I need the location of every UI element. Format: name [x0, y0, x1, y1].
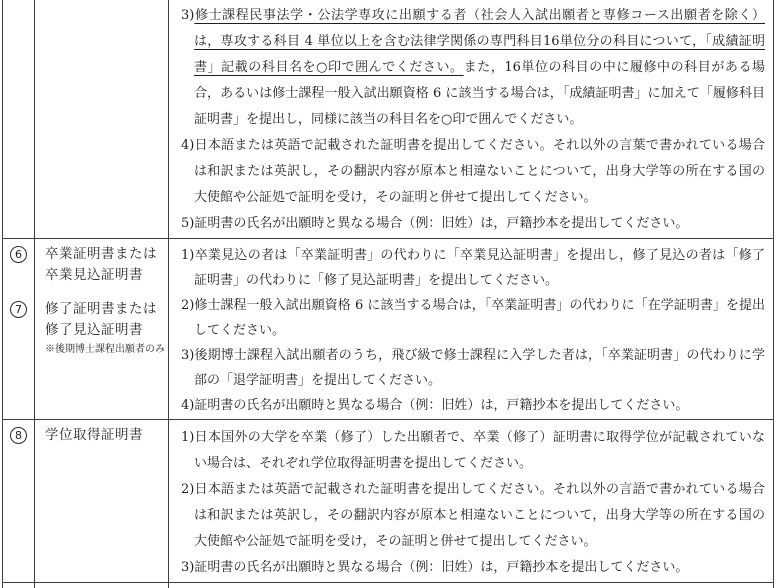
table-row: 6卒業証明書または卒業見込証明書7修了証明書または修了見込証明書※後期博士課程出… — [3, 238, 773, 419]
circled-number: 6 — [10, 246, 27, 263]
item-label: 3) — [181, 560, 194, 575]
circled-number: 7 — [10, 301, 27, 318]
text-segment: 証明書の氏名が出願時と異なる場合（例：旧姓）は，戸籍抄本を提出してください。 — [194, 216, 688, 231]
item-label: 3) — [181, 348, 194, 363]
document-name: 学位取得証明書 — [34, 425, 168, 446]
circled-number: 8 — [10, 427, 27, 444]
item-label: 1) — [181, 248, 194, 263]
instruction-item: 3)後期博士課程入試出願者のうち，飛び級で修士課程に入学した者は，「卒業証明書」… — [181, 343, 765, 393]
table-row: 3)修士課程民事法学・公法学専攻に出願する者（社会人入試出願者と専修コース出願者… — [3, 0, 773, 238]
row-header-cells — [3, 583, 168, 588]
document-name-line: 卒業見込証明書 — [45, 265, 166, 286]
text-segment: 日本国外の大学を卒業（修了）した出願者で、卒業（修了）証明書に取得学位が記載され… — [194, 430, 765, 471]
document-name-line: 修了見込証明書 — [45, 320, 166, 341]
item-label: 3) — [181, 8, 194, 23]
document-entry: 8学位取得証明書 — [3, 425, 168, 446]
item-label: 5) — [181, 216, 194, 231]
document-entry: 7修了証明書または修了見込証明書※後期博士課程出願者のみ — [3, 299, 168, 357]
instruction-item: 2)日本語または英語で記載された証明書を提出してください。それ以外の言語で書かれ… — [181, 477, 765, 555]
instructions-cell — [168, 583, 773, 588]
text-segment: 証明書の氏名が出願時と異なる場合（例：旧姓）は，戸籍抄本を提出してください。 — [194, 398, 688, 413]
item-number-cell: 7 — [3, 299, 34, 357]
instruction-item: 1)卒業見込の者は「卒業証明書」の代わりに「卒業見込証明書」を提出し，修了見込の… — [181, 243, 765, 293]
document-note: ※後期博士課程出願者のみ — [45, 343, 166, 357]
item-label: 4) — [181, 138, 194, 153]
instructions-cell: 1)日本国外の大学を卒業（修了）した出願者で、卒業（修了）証明書に取得学位が記載… — [168, 420, 773, 582]
instruction-item: 4)日本語または英語で記載された証明書を提出してください。それ以外の言葉で書かれ… — [181, 133, 765, 211]
document-entry: 6卒業証明書または卒業見込証明書 — [3, 244, 168, 286]
item-number-cell: 6 — [3, 244, 34, 286]
instruction-item: 3)証明書の氏名が出願時と異なる場合（例：旧姓）は，戸籍抄本を提出してください。 — [181, 555, 765, 581]
instruction-item: 4)証明書の氏名が出願時と異なる場合（例：旧姓）は，戸籍抄本を提出してください。 — [181, 393, 765, 418]
text-segment: 修士課程一般入試出願資格 6 に該当する場合は，「卒業証明書」の代わりに「在学証… — [194, 298, 765, 338]
document-name: 卒業証明書または卒業見込証明書 — [34, 244, 168, 286]
row-header-cells: 8学位取得証明書 — [3, 420, 168, 582]
document-name-line: 卒業証明書または — [45, 244, 166, 265]
text-segment: 日本語または英語で記載された証明書を提出してください。それ以外の言語で書かれてい… — [194, 482, 765, 549]
document-table: 3)修士課程民事法学・公法学専攻に出願する者（社会人入試出願者と専修コース出願者… — [2, 0, 774, 588]
document-name-line: 学位取得証明書 — [45, 425, 166, 446]
table-row — [3, 582, 773, 588]
instruction-item: 1)日本国外の大学を卒業（修了）した出願者で、卒業（修了）証明書に取得学位が記載… — [181, 425, 765, 477]
instruction-item: 3)修士課程民事法学・公法学専攻に出願する者（社会人入試出願者と専修コース出願者… — [181, 3, 765, 133]
instructions-cell: 1)卒業見込の者は「卒業証明書」の代わりに「卒業見込証明書」を提出し，修了見込の… — [168, 239, 773, 419]
instructions-cell: 3)修士課程民事法学・公法学専攻に出願する者（社会人入試出願者と専修コース出願者… — [168, 0, 773, 238]
text-segment: 後期博士課程入試出願者のうち，飛び級で修士課程に入学した者は，「卒業証明書」の代… — [194, 348, 765, 388]
item-label: 2) — [181, 298, 194, 313]
item-label: 4) — [181, 398, 194, 413]
text-segment: 証明書の氏名が出願時と異なる場合（例：旧姓）は，戸籍抄本を提出してください。 — [194, 560, 688, 575]
item-label: 1) — [181, 430, 194, 445]
text-segment: 卒業見込の者は「卒業証明書」の代わりに「卒業見込証明書」を提出し，修了見込の者は… — [194, 248, 765, 288]
instruction-item: 2)修士課程一般入試出願資格 6 に該当する場合は，「卒業証明書」の代わりに「在… — [181, 293, 765, 343]
row-header-cells: 6卒業証明書または卒業見込証明書7修了証明書または修了見込証明書※後期博士課程出… — [3, 239, 168, 419]
document-name: 修了証明書または修了見込証明書※後期博士課程出願者のみ — [34, 299, 168, 357]
item-number-cell: 8 — [3, 425, 34, 446]
document-page: 3)修士課程民事法学・公法学専攻に出願する者（社会人入試出願者と専修コース出願者… — [0, 0, 776, 588]
item-label: 2) — [181, 482, 194, 497]
text-segment: 日本語または英語で記載された証明書を提出してください。それ以外の言葉で書かれてい… — [194, 138, 765, 205]
document-name-line: 修了証明書または — [45, 299, 166, 320]
row-header-cells — [3, 0, 168, 238]
instruction-item: 5)証明書の氏名が出願時と異なる場合（例：旧姓）は，戸籍抄本を提出してください。 — [181, 211, 765, 237]
table-row: 8学位取得証明書1)日本国外の大学を卒業（修了）した出願者で、卒業（修了）証明書… — [3, 419, 773, 582]
